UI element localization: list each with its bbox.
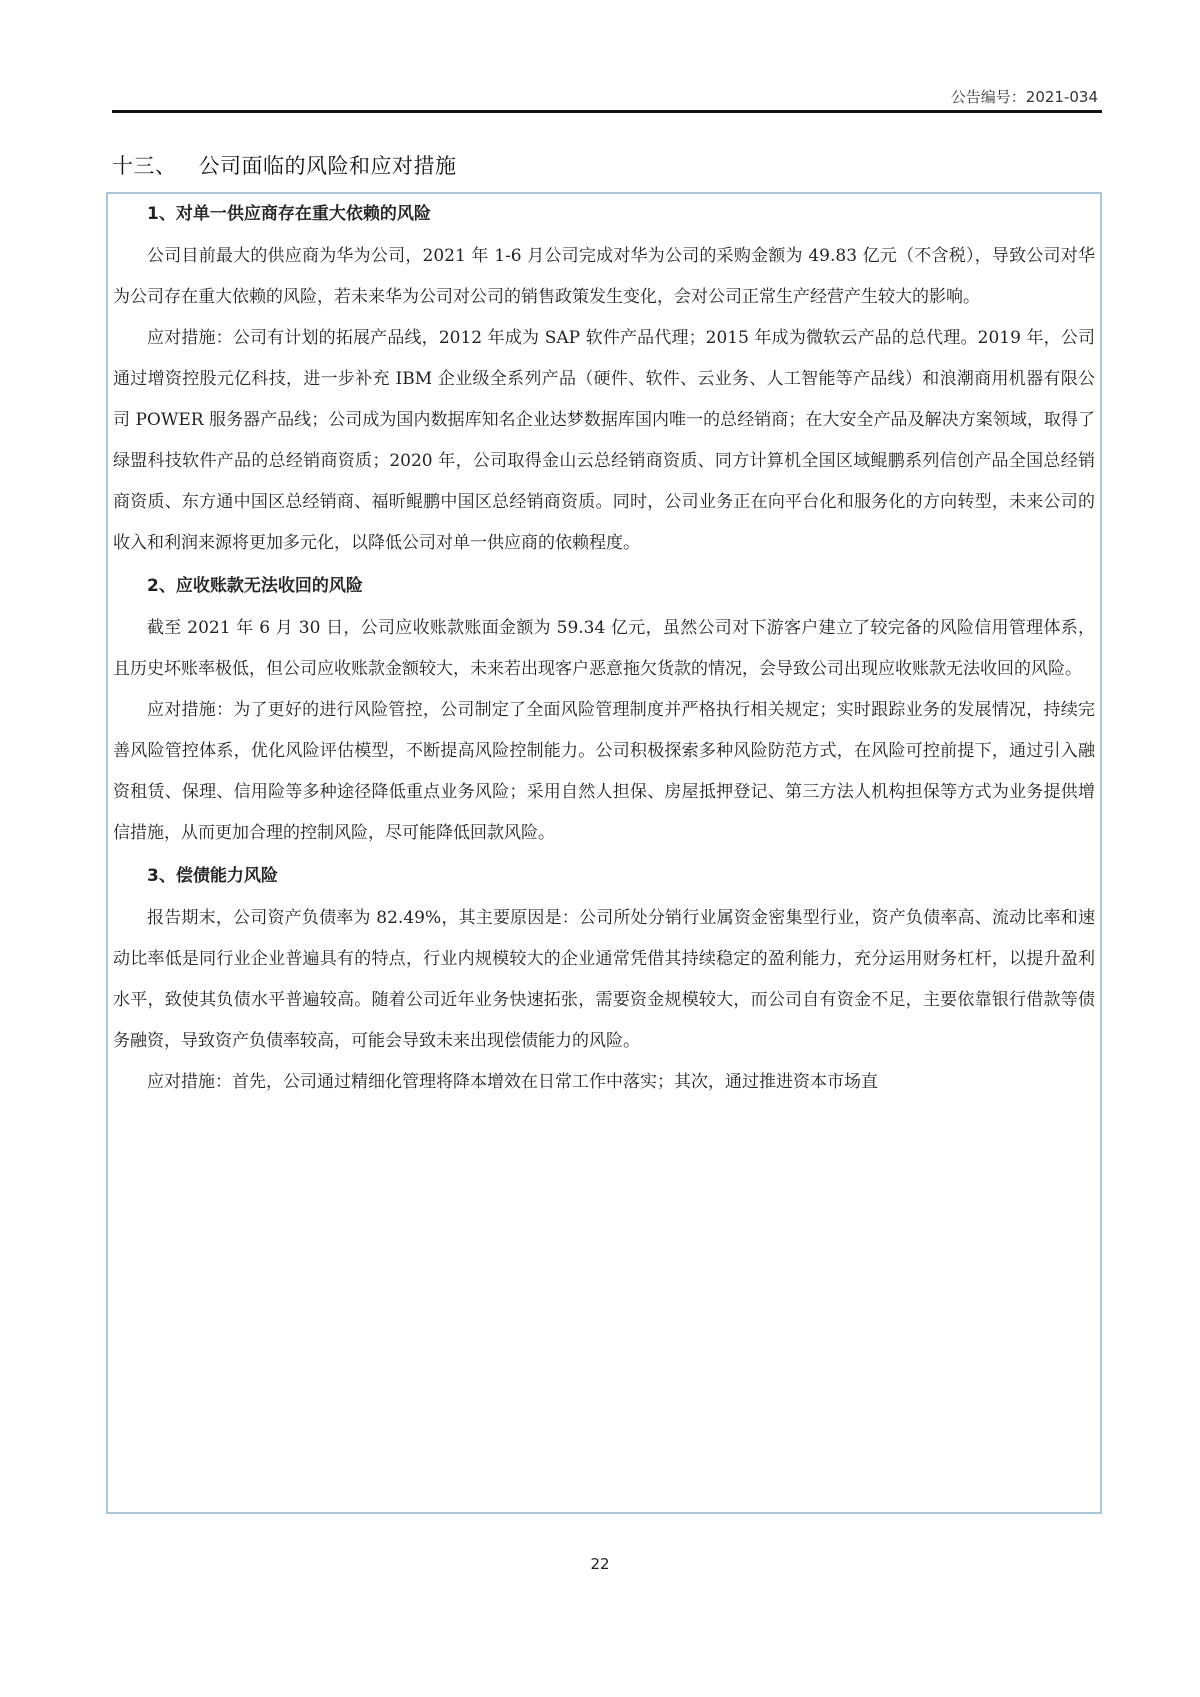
risk-block-supplier: 1、对单一供应商存在重大依赖的风险 公司目前最大的供应商为华为公司，2021 年… [113,192,1095,564]
section-number: 十三、 [112,154,177,178]
paragraph: 应对措施：公司有计划的拓展产品线，2012 年成为 SAP 软件产品代理；201… [113,318,1095,564]
risk-content: 1、对单一供应商存在重大依赖的风险 公司目前最大的供应商为华为公司，2021 年… [113,192,1095,1103]
paragraph: 报告期末，公司资产负债率为 82.49%，其主要原因是：公司所处分销行业属资金密… [113,898,1095,1062]
risk-heading: 1、对单一供应商存在重大依赖的风险 [113,192,1095,236]
paragraph: 截至 2021 年 6 月 30 日，公司应收账款账面金额为 59.34 亿元，… [113,608,1095,690]
page-number: 22 [0,1555,1200,1573]
section-title: 十三、公司面临的风险和应对措施 [112,150,457,180]
risk-heading: 2、应收账款无法收回的风险 [113,564,1095,608]
header-divider [112,110,1102,113]
risk-block-receivables: 2、应收账款无法收回的风险 截至 2021 年 6 月 30 日，公司应收账款账… [113,564,1095,854]
paragraph: 公司目前最大的供应商为华为公司，2021 年 1-6 月公司完成对华为公司的采购… [113,236,1095,318]
announcement-code: 公告编号：2021-034 [951,86,1098,107]
paragraph: 应对措施：首先，公司通过精细化管理将降本增效在日常工作中落实；其次，通过推进资本… [113,1062,1095,1103]
paragraph: 应对措施：为了更好的进行风险管控，公司制定了全面风险管理制度并严格执行相关规定；… [113,690,1095,854]
section-title-text: 公司面临的风险和应对措施 [199,154,457,178]
risk-heading: 3、偿债能力风险 [113,854,1095,898]
risk-block-solvency: 3、偿债能力风险 报告期末，公司资产负债率为 82.49%，其主要原因是：公司所… [113,854,1095,1103]
